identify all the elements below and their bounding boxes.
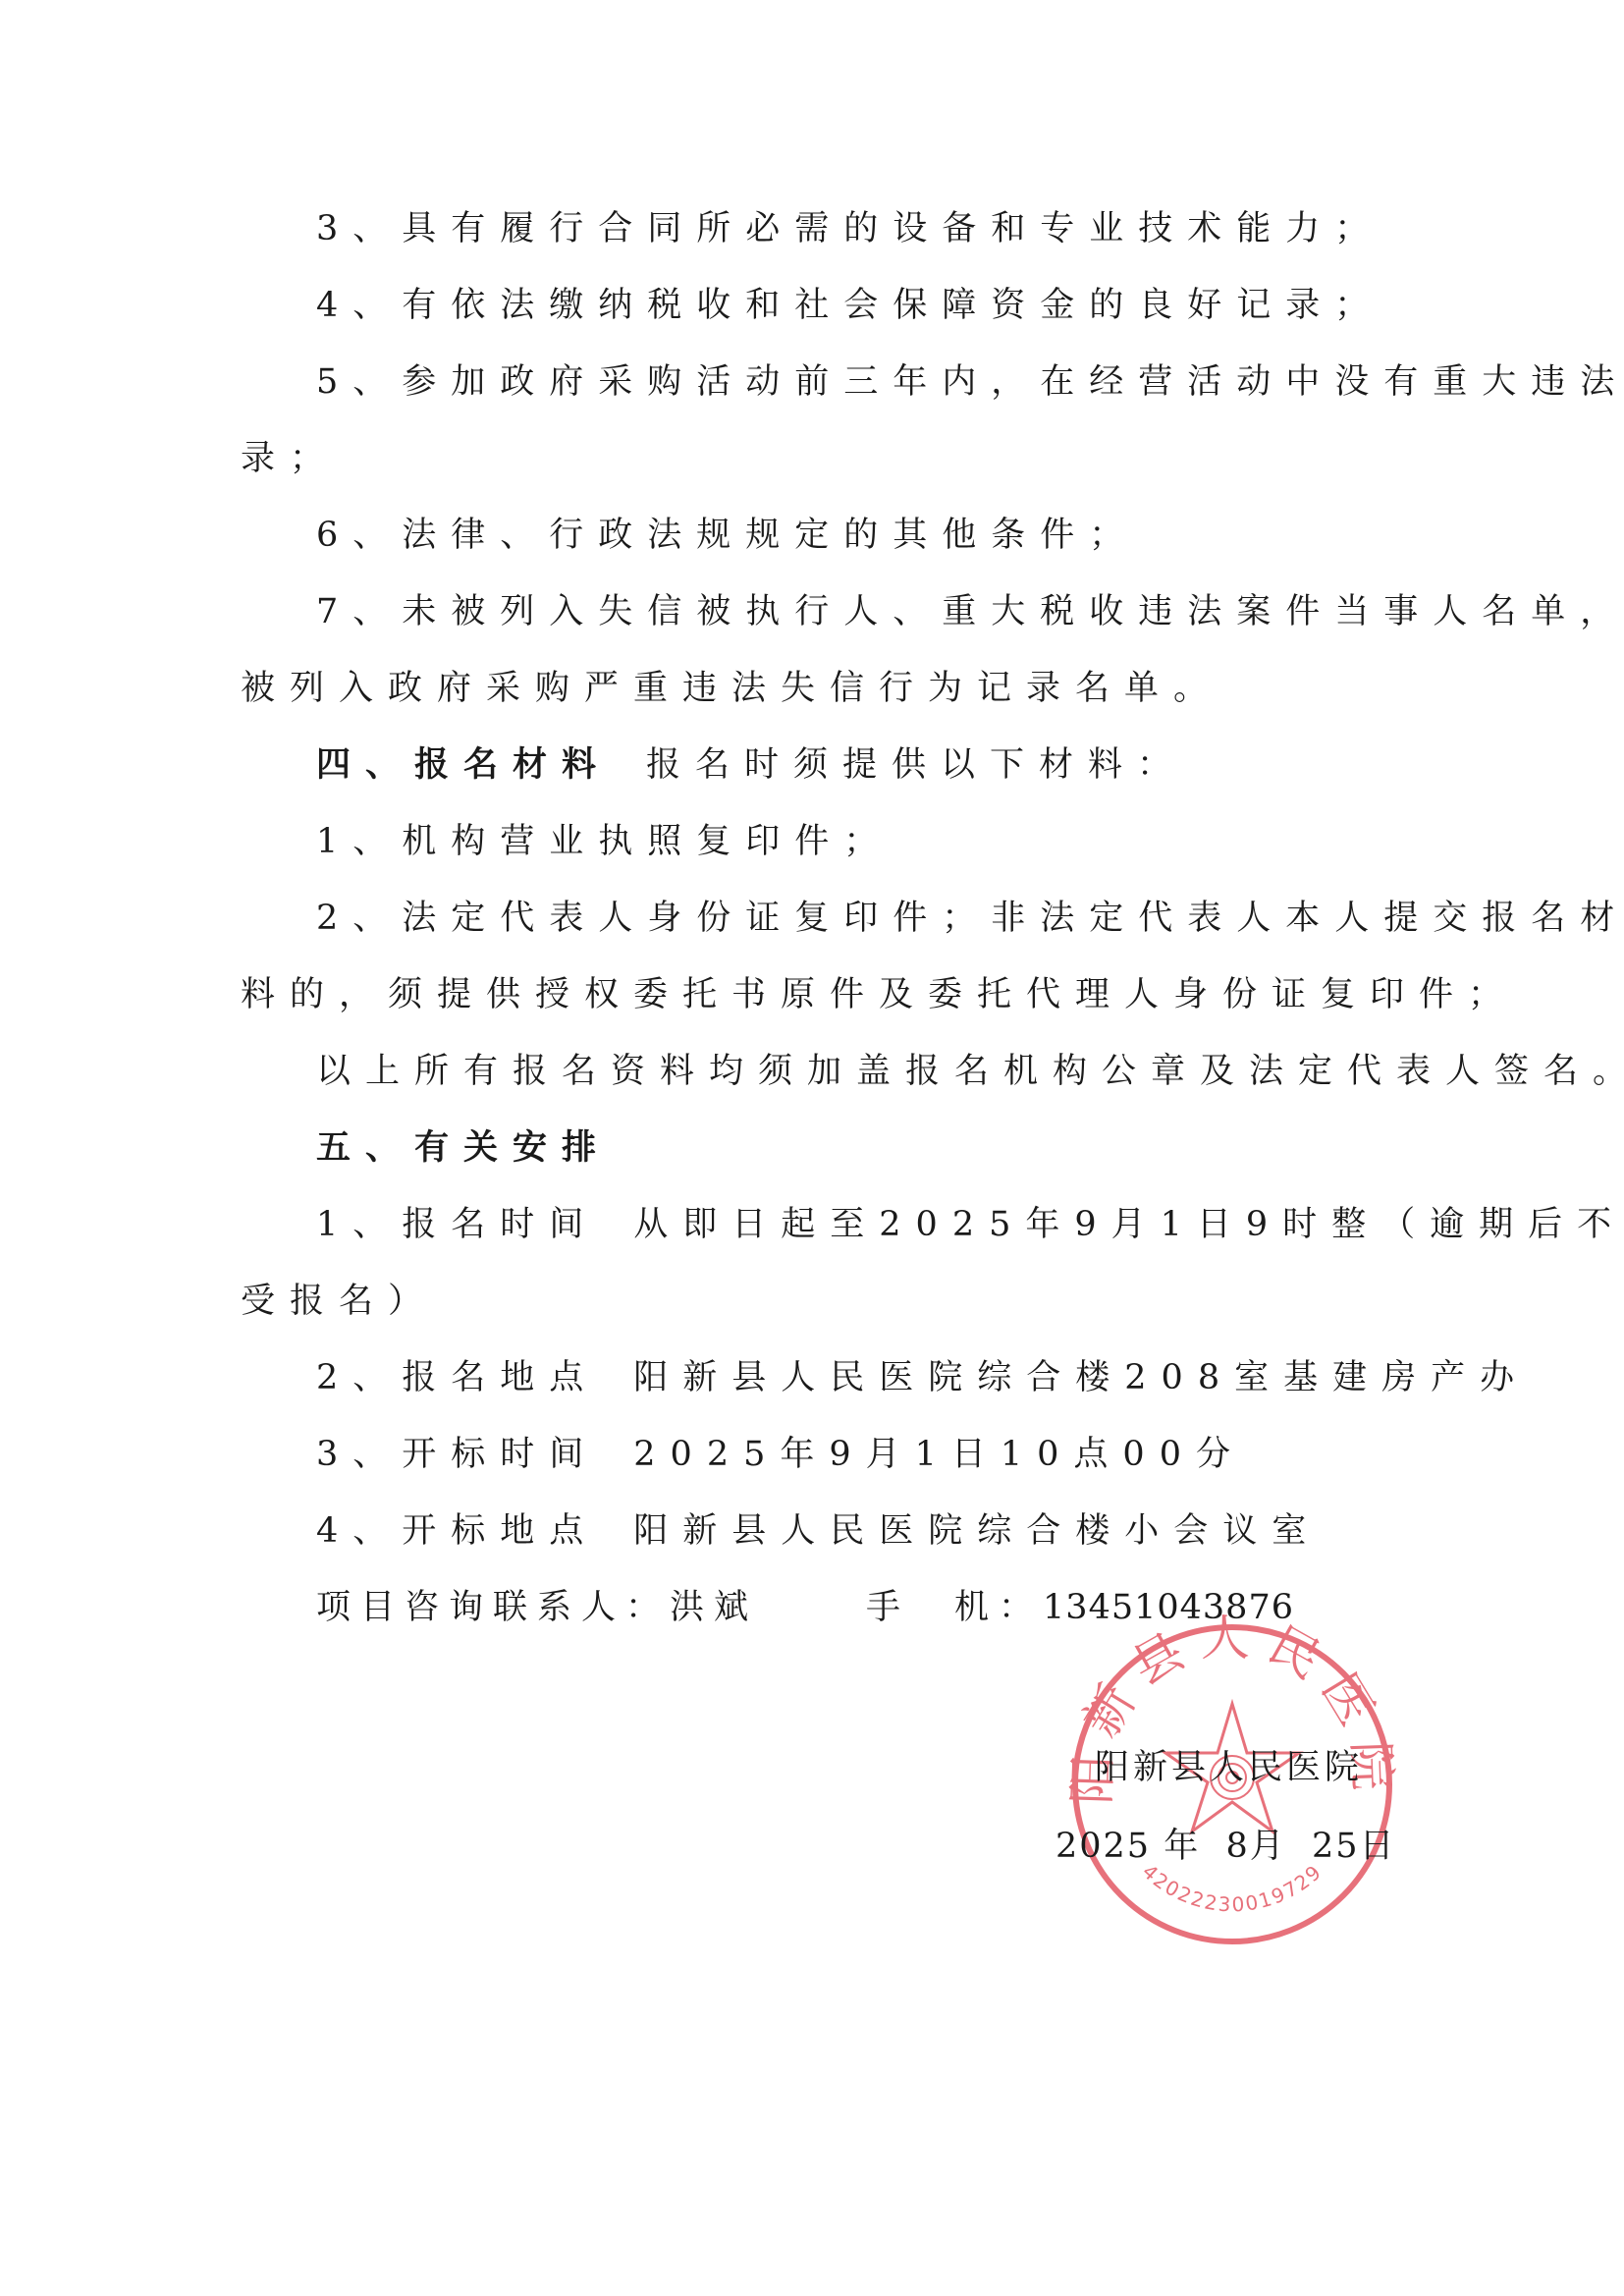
material-note: 以上所有报名资料均须加盖报名机构公章及法定代表人签名。 <box>316 1052 1624 1091</box>
requirement-5-cont: 录； <box>241 439 339 478</box>
section-4-heading: 四、报名材料 <box>316 744 611 785</box>
arrangement-1-label: 1、报名时间 <box>316 1205 598 1244</box>
requirement-7: 7、未被列入失信被执行人、重大税收违法案件当事人名单，未 <box>316 592 1624 631</box>
phone-label: 手 机： <box>866 1588 1043 1627</box>
signature-date: 2025 年 8月 25日 <box>1056 1827 1396 1866</box>
requirement-4: 4、有依法缴纳税收和社会保障资金的良好记录； <box>316 286 1383 325</box>
requirement-6: 6、法律、行政法规规定的其他条件； <box>316 516 1138 555</box>
section-4-row: 四、报名材料报名时须提供以下材料： <box>316 745 1186 785</box>
arrangement-3: 3、开标时间2025年9月1日10点00分 <box>316 1435 1245 1474</box>
requirement-7-cont: 被列入政府采购严重违法失信行为记录名单。 <box>241 669 1222 708</box>
material-2-cont: 料的，须提供授权委托书原件及委托代理人身份证复印件； <box>241 975 1517 1014</box>
material-1: 1、机构营业执照复印件； <box>316 822 893 861</box>
arrangement-1-value: 从即日起至2025年9月1日9时整（逾期后不接 <box>633 1205 1624 1244</box>
arrangement-4-value: 阳新县人民医院综合楼小会议室 <box>633 1511 1321 1551</box>
arrangement-2-label: 2、报名地点 <box>316 1358 598 1397</box>
material-2: 2、法定代表人身份证复印件；非法定代表人本人提交报名材 <box>316 899 1624 938</box>
arrangement-4-label: 4、开标地点 <box>316 1511 598 1551</box>
arrangement-3-label: 3、开标时间 <box>316 1435 598 1474</box>
arrangement-1: 1、报名时间从即日起至2025年9月1日9时整（逾期后不接 <box>316 1205 1624 1244</box>
contact-person: 项目咨询联系人：洪斌 <box>316 1588 758 1627</box>
arrangement-1-cont: 受报名） <box>241 1282 437 1321</box>
arrangement-4: 4、开标地点阳新县人民医院综合楼小会议室 <box>316 1511 1321 1551</box>
requirement-3: 3、具有履行合同所必需的设备和专业技术能力； <box>316 209 1383 248</box>
document-page: 3、具有履行合同所必需的设备和专业技术能力； 4、有依法缴纳税收和社会保障资金的… <box>0 0 1624 2296</box>
section-4-intro: 报名时须提供以下材料： <box>646 745 1186 785</box>
requirement-5: 5、参加政府采购活动前三年内，在经营活动中没有重大违法记 <box>316 362 1624 402</box>
arrangement-2-value: 阳新县人民医院综合楼208室基建房产办 <box>633 1358 1529 1397</box>
arrangement-3-value: 2025年9月1日10点00分 <box>633 1435 1245 1474</box>
signature-org: 阳新县人民医院 <box>1095 1748 1363 1787</box>
section-5-heading: 五、有关安排 <box>316 1128 611 1168</box>
arrangement-2: 2、报名地点阳新县人民医院综合楼208室基建房产办 <box>316 1358 1529 1397</box>
svg-text:42022230019729: 42022230019729 <box>1138 1859 1326 1916</box>
